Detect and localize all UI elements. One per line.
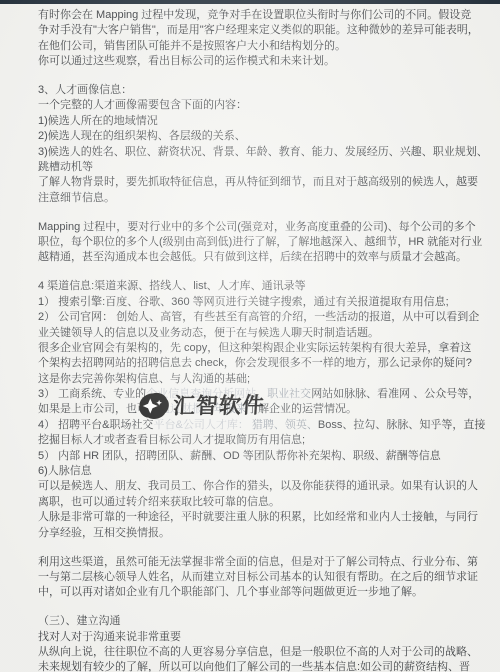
text-line: 分享经验，互相交换情报。 (38, 526, 474, 541)
text-line: 这是你去完善你架构信息、与人沟通的基础; (38, 372, 474, 387)
text-line: 离职，也可以通过转介绍来获取比较可靠的信息。 (38, 495, 474, 510)
text-line: 一个完整的人才画像需要包含下面的内容： (38, 98, 474, 113)
text-line: 2)候选人现在的组织架构、各层级的关系、 (38, 129, 474, 144)
text-line: 有时你会在 Mapping 过程中发现，竞争对手在设置职位头衔时与你们公司的不同… (38, 8, 474, 23)
text-line: 业关键领导人的信息以及业务动态，便于在与候选人聊天时制造话题。 (38, 326, 474, 341)
blank-line (38, 70, 474, 84)
text-line: Mapping 过程中，要对行业中的多个公司(强竞对，业务高度重叠的公司)、每个… (38, 220, 474, 235)
text-line: 在他们公司，销售团队可能并不是按照客户大小和结构划分的。 (38, 39, 474, 54)
text-line: 从纵向上说，往往职位不高的人更容易分享信息，但是一般职位不高的人对于公司的战略、 (38, 645, 474, 660)
text-line: 个架构去招聘网站的招聘信息去 check，你会发现很多不一样的地方，那么记录你的… (38, 356, 474, 371)
text-line: 一与第二层核心领导人姓名，从而建立对目标公司基本的认知很有帮助。在之后的细节求证 (38, 570, 474, 585)
document-body: 有时你会在 Mapping 过程中发现，竞争对手在设置职位头衔时与你们公司的不同… (0, 4, 500, 672)
text-line: 职位，每个职位的多个人(级别由高到低)进行了解，了解地越深入、越细节，HR 就能… (38, 235, 474, 250)
text-line: 4） 招聘平台&职场社交平台&公司人才库： 猎聘、领英、Boss、拉勾、脉脉、知… (38, 418, 474, 433)
blank-line (38, 266, 474, 280)
blank-line (38, 206, 474, 220)
text-line: 3、人才画像信息： (38, 83, 474, 98)
blank-line (38, 541, 474, 555)
text-line: 挖掘目标人才或者查看目标公司人才提取简历有用信息; (38, 433, 474, 448)
text-line: 很多企业官网会有架构的，先 copy，但这种架构跟企业实际运转架构有很大差异，拿… (38, 341, 474, 356)
text-line: 如果是上市公司，也可以通过财报、年报来了解企业的运营情况。 (38, 402, 474, 417)
text-line: 可以是候选人、朋友、我司员工、你合作的猎头，以及你能获得的通讯录。如果有认识的人 (38, 479, 474, 494)
text-line: 跳槽动机等 (38, 160, 474, 175)
text-line: 1） 搜索引擎:百度、谷歌、360 等网页进行关键字搜索，通过有关报道提取有用信… (38, 295, 474, 310)
text-line: 未来规划有较少的了解，所以可以向他们了解公司的一些基本信息:如公司的薪资结构、晋 (38, 660, 474, 672)
text-line: 利用这些渠道，虽然可能无法掌握非常全面的信息，但是对于了解公司特点、行业分布、第 (38, 555, 474, 570)
text-line: 越精通，甚至沟通成本也会越低。只有做到这样，后续在招聘中的效率与质量才会越高。 (38, 250, 474, 265)
blank-line (38, 601, 474, 615)
text-line: （三）、建立沟通 (38, 614, 474, 629)
text-line: 了解人物背景时，要先抓取特征信息，再从特征到细节，而且对于越高级别的候选人，越要 (38, 175, 474, 190)
text-line: 4 渠道信息:渠道来源、搭线人、list、人才库、通讯录等 (38, 279, 474, 294)
text-line: 争对手没有"大客户销售"，而是用"客户经理来定义类似的职能。这种微妙的差异可能表… (38, 23, 474, 38)
text-line: 中，可以再对诸如企业有几个职能部门、几个事业部等问题做更近一步地了解。 (38, 585, 474, 600)
text-line: 5） 内部 HR 团队，招聘团队、薪酬、OD 等团队帮你补充架构、职级、薪酬等信… (38, 449, 474, 464)
text-line: 6)人脉信息 (38, 464, 474, 479)
text-line: 2） 公司官网： 创始人、高管，有些甚至有高管的介绍，一些活动的报道，从中可以看… (38, 310, 474, 325)
text-line: 3)候选人的姓名、职位、薪资状况、背景、年龄、教育、能力、发展经历、兴趣、职业规… (38, 145, 474, 160)
text-line: 注意细节信息。 (38, 191, 474, 206)
text-line: 找对人对于沟通来说非常重要 (38, 630, 474, 645)
text-line: 人脉是非常可靠的一种途径，平时就要注重人脉的积累，比如经常和业内人士接触，与同行 (38, 510, 474, 525)
text-line: 你可以通过这些观察，看出目标公司的运作模式和未来计划。 (38, 54, 474, 69)
text-line: 3） 工商系统、专业的企业信息查询分析网站、职业社交网站如脉脉、看准网 、公众号… (38, 387, 474, 402)
text-line: 1)候选人所在的地域情况 (38, 114, 474, 129)
